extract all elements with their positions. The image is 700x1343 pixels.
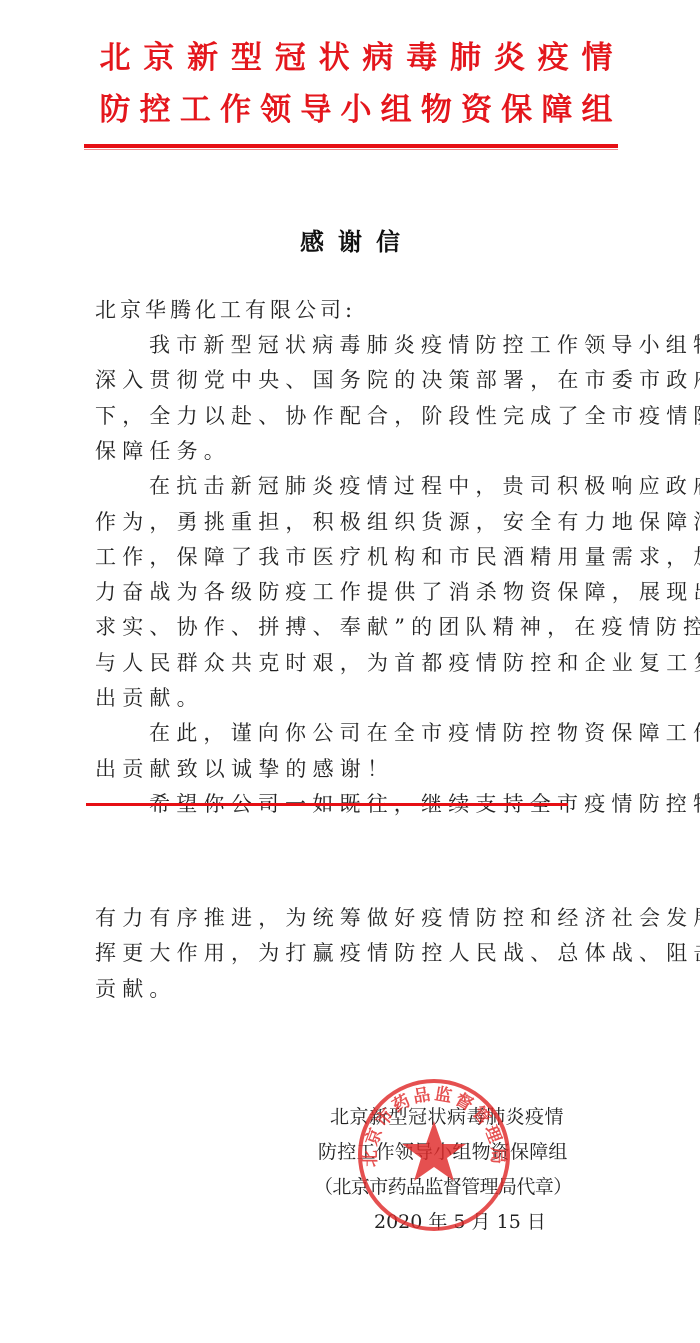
letterhead-char: 组 [374,90,418,130]
letterhead-char: 物 [414,90,458,130]
body-text-line: 出贡献。 [95,681,625,716]
letterhead-char: 工 [173,90,217,130]
letterhead-char: 新 [181,38,225,78]
letter-title: 感谢信 [0,227,700,257]
body-text-line: 有力有序推进，为统筹做好疫情防控和经济社会发展各项工作发 [95,901,625,936]
letterhead-char: 保 [495,90,539,130]
body-text-line: 工作，保障了我市医疗机构和市民酒精用量需求，加班加点、努 [95,540,625,575]
letterhead-char: 状 [312,38,356,78]
body-text-line: 深入贯彻党中央、国务院的决策部署，在市委市政府的坚强领导 [95,363,625,398]
letterhead-char: 肺 [444,38,488,78]
letterhead-char: 毒 [400,38,444,78]
letterhead-char: 病 [356,38,400,78]
body-text-line: 作为，勇挑重担，积极组织货源，安全有力地保障酒精存储配送 [95,505,625,540]
body-text-line: 在抗击新冠肺炎疫情过程中，贵司积极响应政府号召，主动 [149,469,679,504]
body-text-line: 贡献。 [95,972,625,1007]
letterhead-line-2: 防控工作领导小组物资保障组 [0,90,700,130]
letterhead-char: 防 [93,90,137,130]
letterhead-line-1: 北京新型冠状病毒肺炎疫情 [0,38,700,78]
page-bottom-rule [86,803,568,806]
letterhead-char: 作 [214,90,258,130]
body-text-line: 出贡献致以诚挚的感谢！ [95,752,625,787]
body-text-line: 挥更大作用，为打赢疫情防控人民战、总体战、阻击战做出更大 [95,936,625,971]
letterhead-char: 障 [535,90,579,130]
letterhead-char: 型 [224,38,268,78]
letterhead-char: 京 [137,38,181,78]
body-text-line: 求实、协作、拼搏、奉献”的团队精神，在疫情防控的特殊时期 [95,610,625,645]
letterhead-char: 导 [294,90,338,130]
body-text-line: 力奋战为各级防疫工作提供了消杀物资保障，展现出了“严谨、 [95,575,625,610]
letterhead-char: 北 [93,38,137,78]
seal-star-icon [402,1121,466,1181]
letterhead-char: 小 [334,90,378,130]
body-text-line: 与人民群众共克时艰，为首都疫情防控和企业复工复产做出了突 [95,646,625,681]
body-text-line: 保障任务。 [95,434,625,469]
body-text-line: 下，全力以赴、协作配合，阶段性完成了全市疫情防控物资供应 [95,399,625,434]
letterhead-char: 炎 [487,38,531,78]
body-text-line: 我市新型冠状病毒肺炎疫情防控工作领导小组物资保障组 [149,328,679,363]
letterhead-divider-thin [84,149,618,150]
letterhead-divider [84,144,618,148]
letterhead-char: 情 [575,38,619,78]
official-seal-icon: 北京市药品监督管理局 [356,1077,512,1233]
letterhead-char: 疫 [531,38,575,78]
body-text-line: 在此，谨向你公司在全市疫情防控物资保障工作中做出的突 [149,716,679,751]
letterhead-char: 领 [254,90,298,130]
letterhead-char: 冠 [268,38,312,78]
letterhead-char: 资 [455,90,499,130]
letterhead-char: 组 [575,90,619,130]
salutation: 北京华腾化工有限公司: [95,293,625,328]
letterhead-char: 控 [133,90,177,130]
